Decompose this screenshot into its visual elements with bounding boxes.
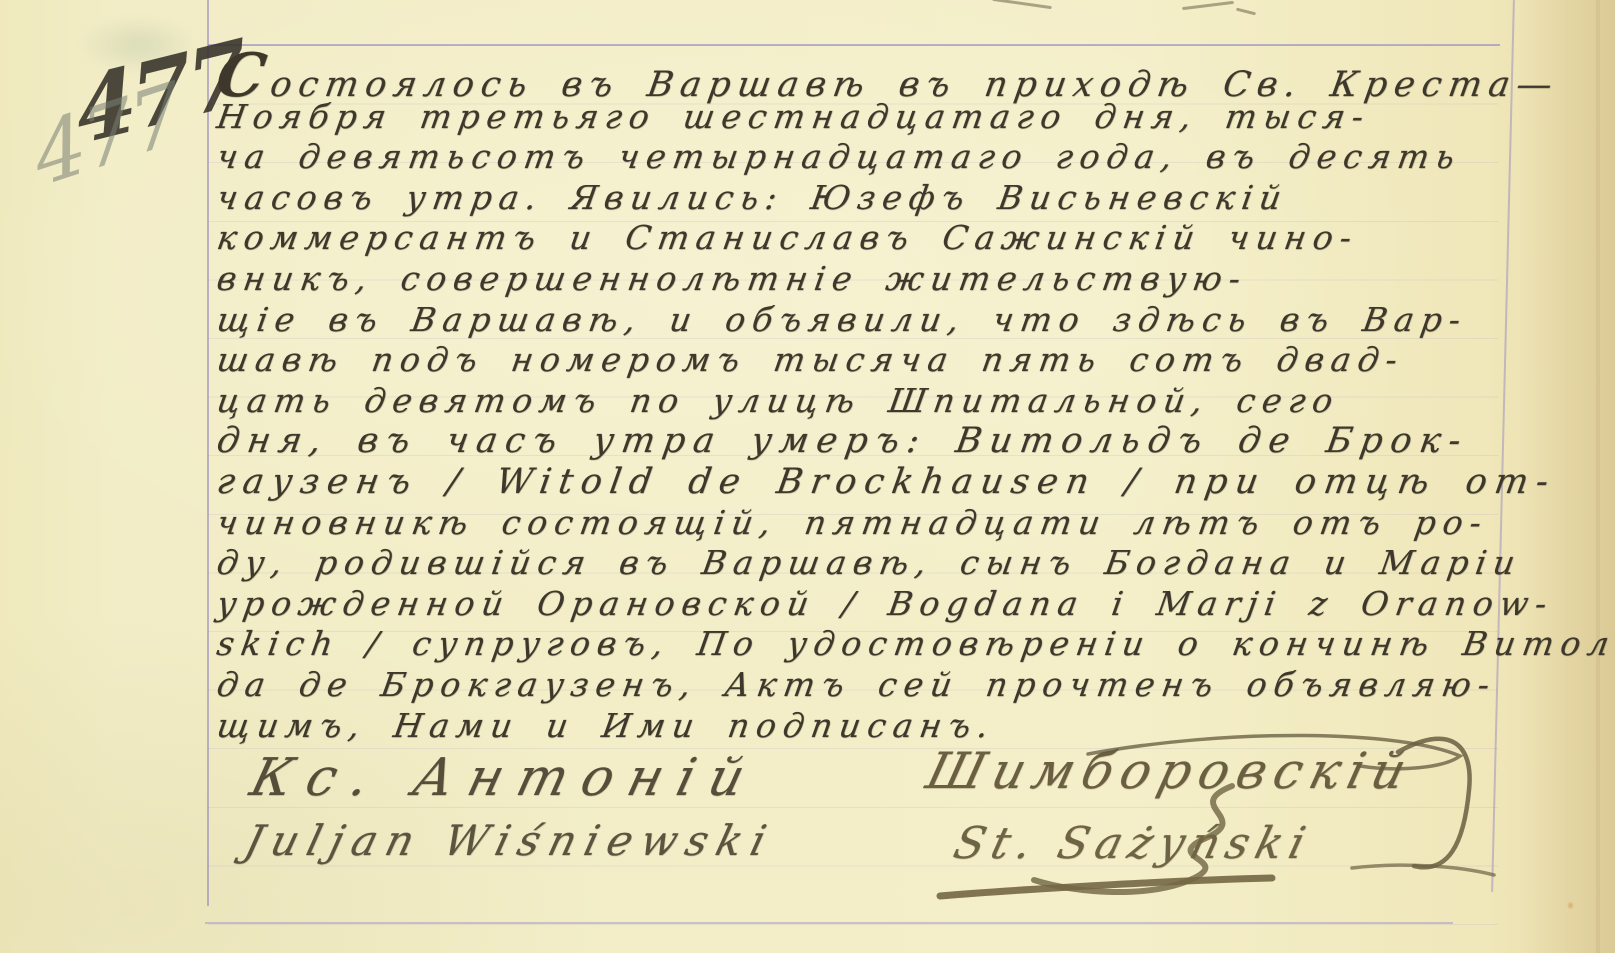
page-edge-crease [1596,0,1600,953]
text-line: часовъ утра. Явились: Юзефъ Висьневскій [214,178,1520,219]
cutoff-stroke-mark [1236,8,1256,16]
text-line: вникъ, совершеннолѣтніе жительствую- [214,259,1520,300]
text-line: Состоялось въ Варшавѣ въ приходѣ Св. Кре… [214,56,1520,97]
act-number-pencil: 477 [27,65,187,206]
signature-witness-wisniewski: Juljan Wiśniewski [240,816,780,865]
text-line: урожденной Орановской / Bogdana i Marji … [214,584,1520,625]
left-margin-line [207,0,209,906]
text-line: щимъ, Нами и Ими подписанъ. [214,706,1520,747]
signature-official: Шимборовскій [921,742,1420,800]
text-line: коммерсантъ и Станиславъ Сажинскій чино- [214,218,1520,259]
bottom-rule-line [205,922,1453,924]
top-rule-line [208,44,1500,46]
record-text: Состоялось въ Варшавѣ въ приходѣ Св. Кре… [214,56,1514,746]
text-line: гаузенъ / Witold de Brockhausen / при от… [214,462,1520,503]
paper-speck [1566,900,1575,911]
scanned-record-page: 477 477 Состоялось въ Варшавѣ въ приходѣ… [0,0,1615,953]
text-line: цать девятомъ по улицѣ Шпитальной, сего [214,381,1520,422]
text-line: шавѣ подъ номеромъ тысяча пять сотъ двад… [214,340,1520,381]
text-line: Ноября третьяго шестнадцатаго дня, тыся- [214,97,1520,138]
text-line: ду, родившійся въ Варшавѣ, сынъ Богдана … [214,543,1520,584]
text-line: щіе въ Варшавѣ, и объявили, что здѣсь въ… [214,300,1520,341]
signature-witness-sazynski: St. Sażyński [949,818,1318,869]
text-line: да де Брокгаузенъ, Актъ сей прочтенъ объ… [214,665,1520,706]
text-line: дня, въ часъ утра умеръ: Витольдъ де Бро… [214,421,1520,462]
text-line: чиновникѣ состоящій, пятнадцати лѣтъ отъ… [214,503,1520,544]
cutoff-stroke-mark [1182,1,1234,10]
text-line: skich / супруговъ, По удостовѣреніи о ко… [214,624,1520,665]
signature-priest: Кс. Антоній [245,748,766,808]
text-line: ча девятьсотъ четырнадцатаго года, въ де… [214,137,1520,178]
cutoff-stroke-mark [992,0,1052,9]
